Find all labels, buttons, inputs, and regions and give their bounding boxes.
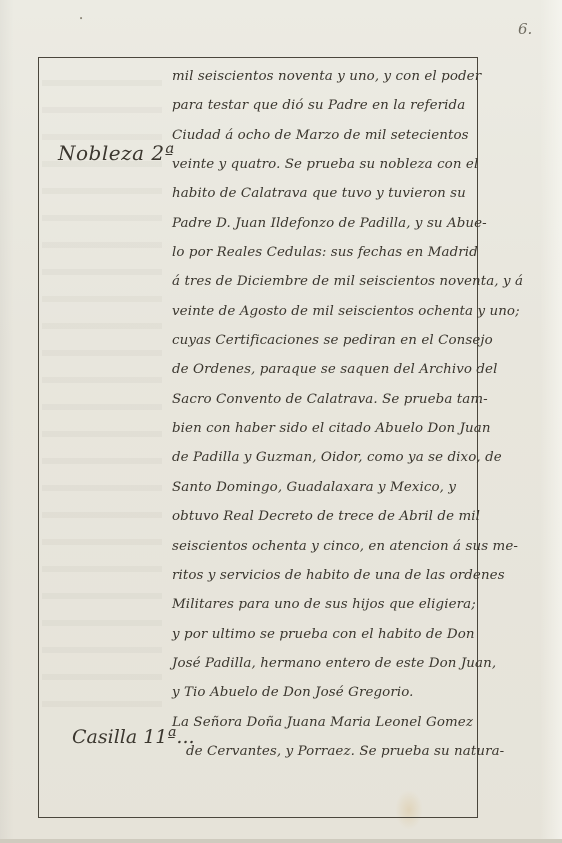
top-ink-mark: • xyxy=(79,15,83,23)
text-line: para testar que dió su Padre en la refer… xyxy=(172,91,512,120)
text-line: y por ultimo se prueba con el habito de … xyxy=(172,620,512,649)
text-line: ritos y servicios de habito de una de la… xyxy=(172,561,512,590)
page-edge-bottom xyxy=(0,839,562,843)
text-line: Ciudad á ocho de Marzo de mil seteciento… xyxy=(172,121,512,150)
text-line: Santo Domingo, Guadalaxara y Mexico, y xyxy=(172,473,512,502)
text-line: La Señora Doña Juana Maria Leonel Gomez xyxy=(172,708,512,737)
text-line: cuyas Certificaciones se pediran en el C… xyxy=(172,326,512,355)
text-line: Militares para uno de sus hijos que elig… xyxy=(172,590,512,619)
text-line: habito de Calatrava que tuvo y tuvieron … xyxy=(172,179,512,208)
text-line: y Tio Abuelo de Don José Gregorio. xyxy=(172,678,512,707)
manuscript-page: • 6. Nobleza 2ª Casilla 11ª... mil seisc… xyxy=(0,0,562,843)
text-line: José Padilla, hermano entero de este Don… xyxy=(172,649,512,678)
text-line: á tres de Diciembre de mil seiscientos n… xyxy=(172,267,512,296)
page-number: 6. xyxy=(518,20,532,38)
text-line: Padre D. Juan Ildefonzo de Padilla, y su… xyxy=(172,209,512,238)
text-line: veinte de Agosto de mil seiscientos oche… xyxy=(172,297,512,326)
text-line: bien con haber sido el citado Abuelo Don… xyxy=(172,414,512,443)
bleed-through-text xyxy=(42,80,162,720)
text-line: lo por Reales Cedulas: sus fechas en Mad… xyxy=(172,238,512,267)
text-line: de Padilla y Guzman, Oidor, como ya se d… xyxy=(172,443,512,472)
page-edge-right xyxy=(540,0,562,843)
text-line: veinte y quatro. Se prueba su nobleza co… xyxy=(172,150,512,179)
margin-heading-nobleza: Nobleza 2ª xyxy=(58,141,175,165)
text-line: obtuvo Real Decreto de trece de Abril de… xyxy=(172,502,512,531)
text-line: seiscientos ochenta y cinco, en atencion… xyxy=(172,532,512,561)
text-line: Sacro Convento de Calatrava. Se prueba t… xyxy=(172,385,512,414)
text-line: de Ordenes, paraque se saquen del Archiv… xyxy=(172,355,512,384)
text-line: de Cervantes, y Porraez. Se prueba su na… xyxy=(172,737,512,766)
text-line: mil seiscientos noventa y uno, y con el … xyxy=(172,62,512,91)
body-text: mil seiscientos noventa y uno, y con el … xyxy=(172,62,512,766)
